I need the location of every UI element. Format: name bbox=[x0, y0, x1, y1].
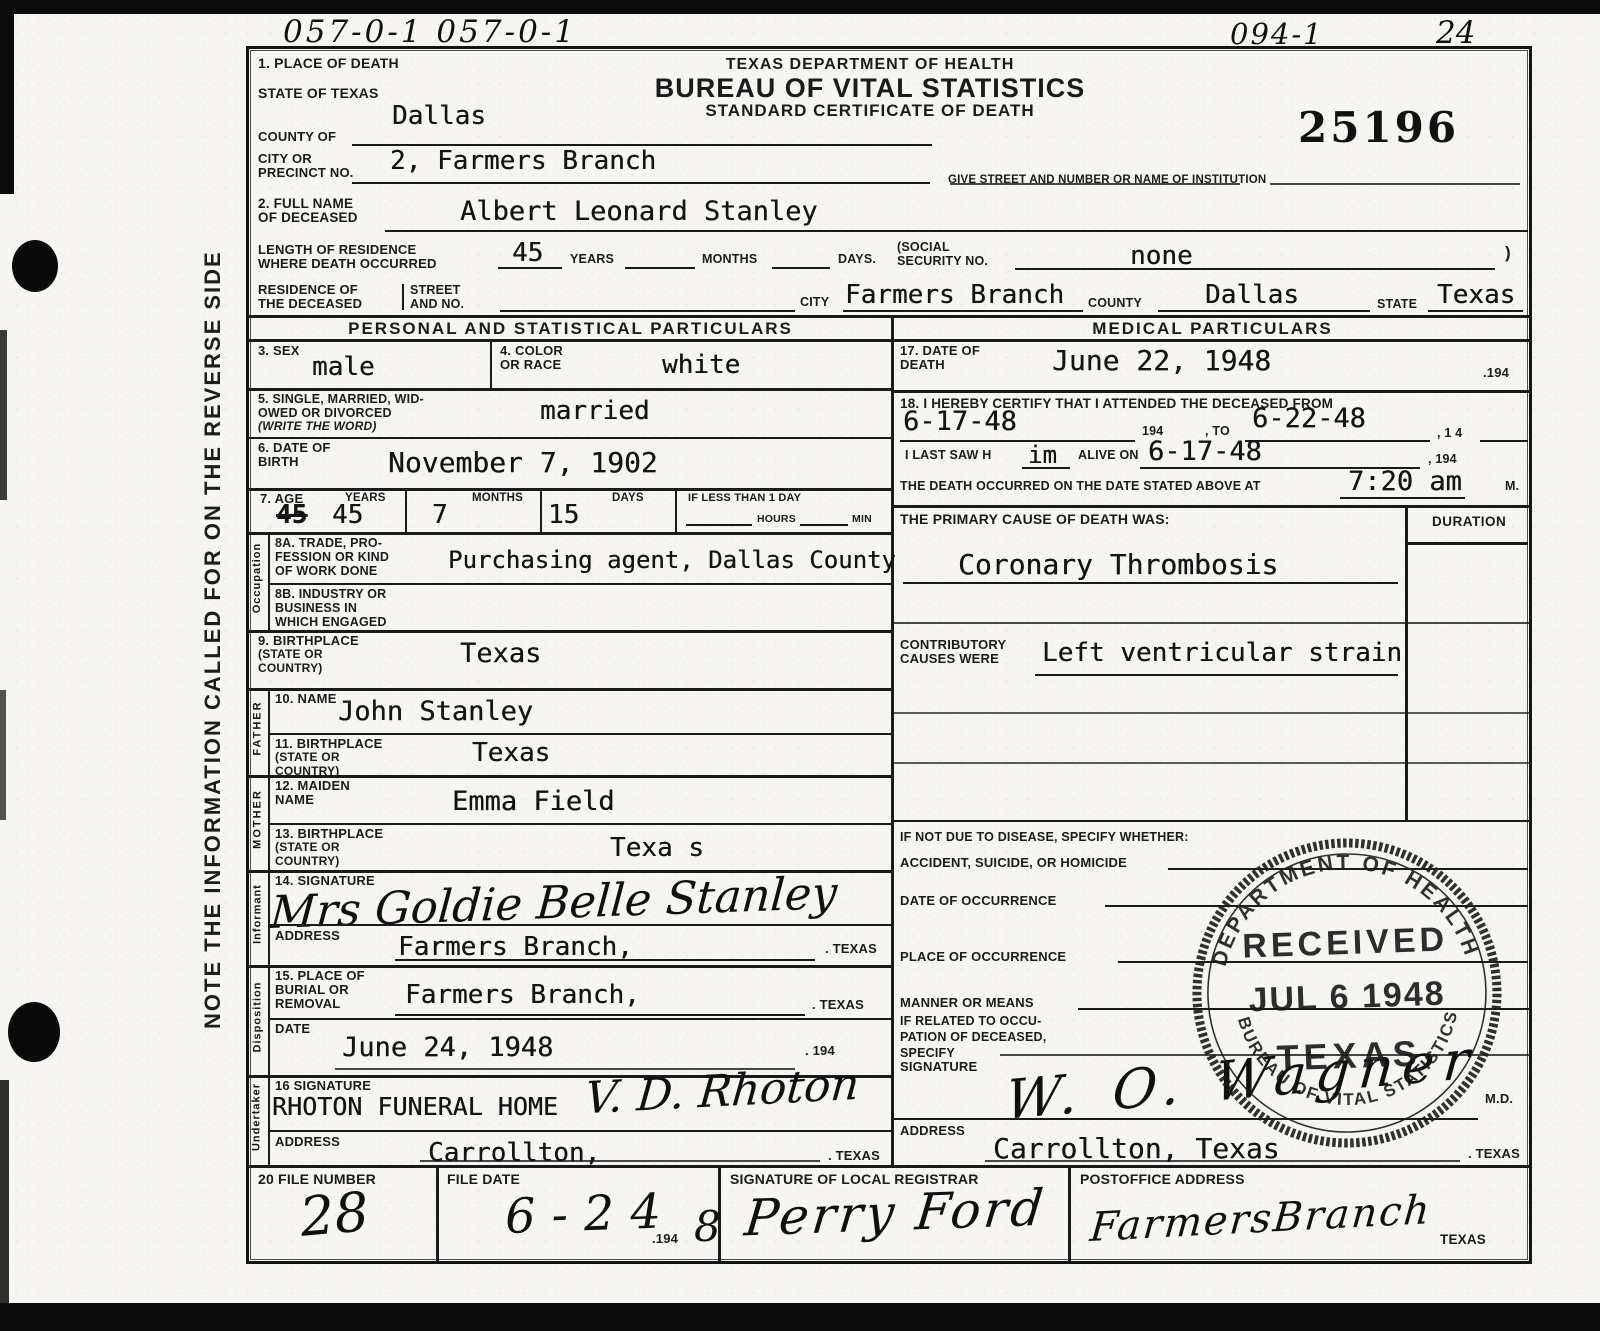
place-occurrence-label: PLACE OF OCCURRENCE bbox=[900, 950, 1066, 965]
rule bbox=[1405, 542, 1528, 545]
rule bbox=[268, 1018, 891, 1020]
rule bbox=[385, 230, 1528, 232]
rule bbox=[891, 390, 1532, 393]
dept-line2: BUREAU OF VITAL STATISTICS bbox=[600, 73, 1140, 103]
rule bbox=[1015, 268, 1495, 270]
rule bbox=[420, 1160, 820, 1162]
certificate-number: 25196 bbox=[1298, 103, 1459, 152]
institution-note: GIVE STREET AND NUMBER OR NAME OF INSTIT… bbox=[948, 174, 1266, 187]
rule bbox=[490, 341, 492, 388]
informant-side-label: Informant bbox=[252, 868, 264, 961]
lastsaw-him-value: im bbox=[1028, 441, 1057, 469]
physician-signature-label: SIGNATURE bbox=[900, 1060, 977, 1075]
res-county-value: Dallas bbox=[1205, 280, 1299, 310]
ssn-close-paren: ) bbox=[1505, 243, 1511, 262]
marital-label1: 5. SINGLE, MARRIED, WID- bbox=[258, 392, 424, 406]
marital-label3: (WRITE THE WORD) bbox=[258, 420, 377, 433]
burial-place-value: Farmers Branch, bbox=[405, 980, 640, 1010]
informant-state-label: . TEXAS bbox=[825, 942, 877, 957]
contributory-value: Left ventricular strain bbox=[1042, 638, 1402, 668]
street-label2: AND NO. bbox=[410, 297, 464, 311]
death-certificate-scan: 057-0-1 057-0-1 094-1 24 NOTE THE INFORM… bbox=[0, 0, 1600, 1331]
mother-bp-value: Texa s bbox=[610, 833, 704, 863]
rule bbox=[675, 488, 677, 532]
dod-label2: DEATH bbox=[900, 358, 945, 373]
hole-punch bbox=[12, 240, 58, 292]
county-value: Dallas bbox=[392, 101, 486, 131]
rule bbox=[800, 524, 848, 526]
medical-section-title: MEDICAL PARTICULARS bbox=[893, 319, 1532, 338]
scan-bar-top bbox=[0, 0, 1600, 14]
father-side-label: FATHER bbox=[252, 686, 264, 771]
rule bbox=[1428, 310, 1523, 312]
marital-value: married bbox=[540, 396, 650, 426]
handwritten-code-top-left: 057-0-1 057-0-1 bbox=[283, 14, 577, 50]
rule bbox=[1022, 467, 1070, 469]
rule bbox=[395, 1014, 805, 1016]
residence-length-label2: WHERE DEATH OCCURRED bbox=[258, 257, 437, 272]
registrar-signature: Perry Ford bbox=[742, 1179, 1049, 1248]
rule bbox=[1158, 310, 1370, 312]
rule bbox=[248, 1165, 1532, 1168]
scan-streak bbox=[0, 330, 7, 500]
informant-address-value: Farmers Branch, bbox=[398, 932, 633, 962]
industry-label3: WHICH ENGAGED bbox=[275, 615, 387, 629]
rule bbox=[268, 583, 891, 585]
trade-label3: OF WORK DONE bbox=[275, 564, 377, 578]
full-name-label1: 2. FULL NAME bbox=[258, 196, 353, 211]
min-label: MIN bbox=[852, 514, 872, 526]
occurred-label: THE DEATH OCCURRED ON THE DATE STATED AB… bbox=[900, 479, 1261, 493]
scan-streak bbox=[0, 14, 14, 194]
ssn-label1: (SOCIAL bbox=[897, 240, 950, 254]
primary-cause-label: THE PRIMARY CAUSE OF DEATH WAS: bbox=[900, 512, 1170, 528]
res-state-value: Texas bbox=[1437, 280, 1515, 310]
personal-section-title: PERSONAL AND STATISTICAL PARTICULARS bbox=[248, 319, 893, 338]
stamp-state-text: TEXAS bbox=[1276, 1032, 1422, 1078]
death-time-value: 7:20 am bbox=[1348, 466, 1462, 497]
related-label2: PATION OF DECEASED, bbox=[900, 1030, 1046, 1044]
color-label2: OR RACE bbox=[500, 358, 561, 373]
rule bbox=[625, 267, 695, 269]
undertaker-side-label: Undertaker bbox=[251, 1074, 263, 1161]
street-label1: STREET bbox=[410, 283, 461, 297]
stamp-date-text: JUL 6 1948 bbox=[1248, 975, 1446, 1020]
sex-value: male bbox=[312, 352, 375, 382]
sex-label: 3. SEX bbox=[258, 344, 300, 359]
lastsaw-date-value: 6-17-48 bbox=[1148, 436, 1262, 467]
burial-date-value: June 24, 1948 bbox=[342, 1032, 553, 1063]
rule bbox=[268, 733, 891, 735]
mother-name-value: Emma Field bbox=[452, 786, 615, 817]
manner-label: MANNER OR MEANS bbox=[900, 996, 1034, 1011]
place-of-death-label: 1. PLACE OF DEATH bbox=[258, 56, 399, 72]
rule bbox=[843, 310, 1083, 312]
mother-name-label2: NAME bbox=[275, 793, 314, 808]
rule bbox=[248, 339, 1532, 342]
full-name-value: Albert Leonard Stanley bbox=[460, 196, 818, 227]
received-stamp: DEPARTMENT OF HEALTH BUREAU OF VITAL STA… bbox=[1172, 820, 1522, 1170]
file-date-label: FILE DATE bbox=[447, 1172, 520, 1188]
age-months-value: 7 bbox=[432, 500, 448, 530]
accident-label: ACCIDENT, SUICIDE, OR HOMICIDE bbox=[900, 856, 1127, 871]
rule bbox=[891, 315, 894, 1165]
rule bbox=[1245, 440, 1430, 442]
related-label3: SPECIFY bbox=[900, 1046, 955, 1060]
rule bbox=[1068, 1165, 1071, 1262]
rule bbox=[1035, 674, 1398, 676]
undertaker-address-value: Carrollton, bbox=[428, 1138, 600, 1168]
mother-side-label: MOTHER bbox=[252, 773, 264, 866]
rule bbox=[891, 762, 1532, 764]
birthplace-label2: (STATE OR bbox=[258, 648, 323, 661]
mother-bp-label3: COUNTRY) bbox=[275, 855, 339, 868]
rule bbox=[248, 388, 891, 391]
mother-bp-label2: (STATE OR bbox=[275, 841, 340, 854]
residence-label2: THE DECEASED bbox=[258, 297, 362, 312]
burial-194-label: . 194 bbox=[805, 1044, 835, 1059]
burial-state-label: . TEXAS bbox=[812, 998, 864, 1013]
rule bbox=[1405, 505, 1408, 822]
rule bbox=[891, 712, 1532, 714]
rule bbox=[903, 582, 1398, 584]
rule bbox=[248, 688, 891, 691]
scan-streak bbox=[0, 690, 6, 820]
dept-line3: STANDARD CERTIFICATE OF DEATH bbox=[620, 101, 1120, 120]
state-of-texas-label: STATE OF TEXAS bbox=[258, 86, 379, 102]
not-disease-label: IF NOT DUE TO DISEASE, SPECIFY WHETHER: bbox=[900, 830, 1189, 844]
rule bbox=[268, 1130, 891, 1132]
physician-address-label: ADDRESS bbox=[900, 1124, 965, 1139]
rule bbox=[268, 823, 891, 825]
dod-value: June 22, 1948 bbox=[1052, 344, 1271, 377]
dept-line1: TEXAS DEPARTMENT OF HEALTH bbox=[620, 56, 1120, 74]
residence-years-value: 45 bbox=[512, 238, 543, 268]
rule bbox=[772, 267, 830, 269]
file-date-year-hw: 8 bbox=[694, 1202, 721, 1251]
birth-label2: BIRTH bbox=[258, 455, 299, 470]
duration-label: DURATION bbox=[1432, 514, 1506, 529]
trade-label1: 8A. TRADE, PRO- bbox=[275, 536, 382, 550]
undertaker-state-label: . TEXAS bbox=[828, 1149, 880, 1164]
rule bbox=[1270, 183, 1520, 185]
trade-value: Purchasing agent, Dallas County bbox=[448, 546, 896, 574]
rule bbox=[395, 959, 815, 961]
res-city-label: CITY bbox=[800, 295, 829, 309]
father-bp-value: Texas bbox=[472, 738, 550, 768]
file-number-value: 28 bbox=[297, 1180, 371, 1249]
ssn-value: none bbox=[1130, 241, 1193, 271]
birth-value: November 7, 1902 bbox=[388, 446, 658, 479]
rule bbox=[686, 524, 752, 526]
father-bp-label2: (STATE OR bbox=[275, 751, 340, 764]
rule bbox=[268, 688, 270, 775]
years-label: YEARS bbox=[570, 252, 614, 266]
rule bbox=[248, 532, 891, 535]
days-label: DAYS. bbox=[838, 252, 876, 266]
lastsaw-194-label: , 194 bbox=[1428, 452, 1457, 466]
rule bbox=[352, 182, 930, 184]
dod-194-label: .194 bbox=[1483, 366, 1509, 381]
months-label: MONTHS bbox=[702, 252, 757, 266]
res-city-value: Farmers Branch bbox=[845, 280, 1064, 310]
industry-label1: 8B. INDUSTRY OR bbox=[275, 587, 386, 601]
rule bbox=[268, 1075, 270, 1165]
rule bbox=[268, 532, 270, 630]
attended-to-value: 6-22-48 bbox=[1252, 403, 1366, 434]
rule bbox=[500, 310, 795, 312]
postoffice-state-label: TEXAS bbox=[1440, 1232, 1486, 1247]
file-date-194-label: .194 bbox=[652, 1232, 678, 1247]
marital-label2: OWED OR DIVORCED bbox=[258, 406, 392, 420]
rule bbox=[248, 315, 1532, 318]
father-name-value: John Stanley bbox=[338, 696, 533, 727]
tail-14-label: , 1 4 bbox=[1437, 426, 1462, 440]
industry-label2: BUSINESS IN bbox=[275, 601, 357, 615]
ssn-label2: SECURITY NO. bbox=[897, 254, 988, 268]
rule bbox=[540, 488, 542, 532]
address16-label: ADDRESS bbox=[275, 1135, 340, 1150]
city-label2: PRECINCT NO. bbox=[258, 166, 354, 181]
burial-date-label: DATE bbox=[275, 1022, 310, 1037]
lastsaw-label1: I LAST SAW H bbox=[905, 448, 991, 462]
rule bbox=[891, 622, 1532, 624]
primary-cause-value: Coronary Thrombosis bbox=[958, 548, 1278, 581]
color-value: white bbox=[662, 350, 740, 380]
contributory-label2: CAUSES WERE bbox=[900, 652, 999, 667]
rule bbox=[268, 924, 891, 926]
lastsaw-label2: ALIVE ON bbox=[1078, 448, 1139, 462]
rule bbox=[248, 437, 891, 439]
rule bbox=[405, 488, 407, 532]
date-occurrence-label: DATE OF OCCURRENCE bbox=[900, 894, 1056, 909]
scan-streak bbox=[0, 1080, 9, 1310]
rule bbox=[891, 820, 1532, 822]
full-name-label2: OF DECEASED bbox=[258, 210, 358, 225]
rule bbox=[498, 267, 562, 269]
birthplace-label3: COUNTRY) bbox=[258, 662, 322, 675]
scan-bar-bottom bbox=[0, 1303, 1600, 1331]
rule bbox=[900, 440, 1135, 442]
res-county-label: COUNTY bbox=[1088, 296, 1142, 310]
rule bbox=[436, 1165, 439, 1262]
age-months-label: MONTHS bbox=[472, 492, 523, 505]
stamp-received-text: RECEIVED bbox=[1242, 920, 1449, 965]
rule bbox=[248, 488, 891, 491]
age-years-value: 45 bbox=[332, 500, 363, 530]
city-value: 2, Farmers Branch bbox=[390, 146, 656, 176]
county-label: COUNTY OF bbox=[258, 130, 336, 145]
disposition-side-label: Disposition bbox=[252, 964, 264, 1071]
margin-note: NOTE THE INFORMATION CALLED FOR ON THE R… bbox=[200, 279, 226, 1029]
if-less-label: IF LESS THAN 1 DAY bbox=[688, 492, 801, 504]
trade-label2: FESSION OR KIND bbox=[275, 550, 389, 564]
age-days-value: 15 bbox=[548, 500, 579, 530]
rule bbox=[1480, 440, 1528, 442]
hours-label: HOURS bbox=[757, 514, 796, 526]
rule bbox=[402, 284, 404, 310]
address14-label: ADDRESS bbox=[275, 929, 340, 944]
postoffice-label: POSTOFFICE ADDRESS bbox=[1080, 1172, 1245, 1188]
rule bbox=[1340, 497, 1465, 499]
rule bbox=[891, 505, 1532, 508]
attended-from-value: 6-17-48 bbox=[903, 406, 1017, 437]
age-days-label: DAYS bbox=[612, 492, 644, 505]
occupation-side-label: Occupation bbox=[251, 530, 263, 626]
m-label: M. bbox=[1505, 479, 1519, 493]
age-struck-value: 45 bbox=[276, 500, 307, 530]
burial-label3: REMOVAL bbox=[275, 997, 340, 1012]
birthplace-value: Texas bbox=[460, 638, 541, 669]
related-label1: IF RELATED TO OCCU- bbox=[900, 1014, 1042, 1028]
hole-punch bbox=[8, 1002, 60, 1062]
rule bbox=[268, 965, 270, 1075]
father-name-label: 10. NAME bbox=[275, 692, 337, 707]
funeral-home-value: RHOTON FUNERAL HOME bbox=[272, 1092, 558, 1121]
res-state-label: STATE bbox=[1377, 297, 1417, 311]
